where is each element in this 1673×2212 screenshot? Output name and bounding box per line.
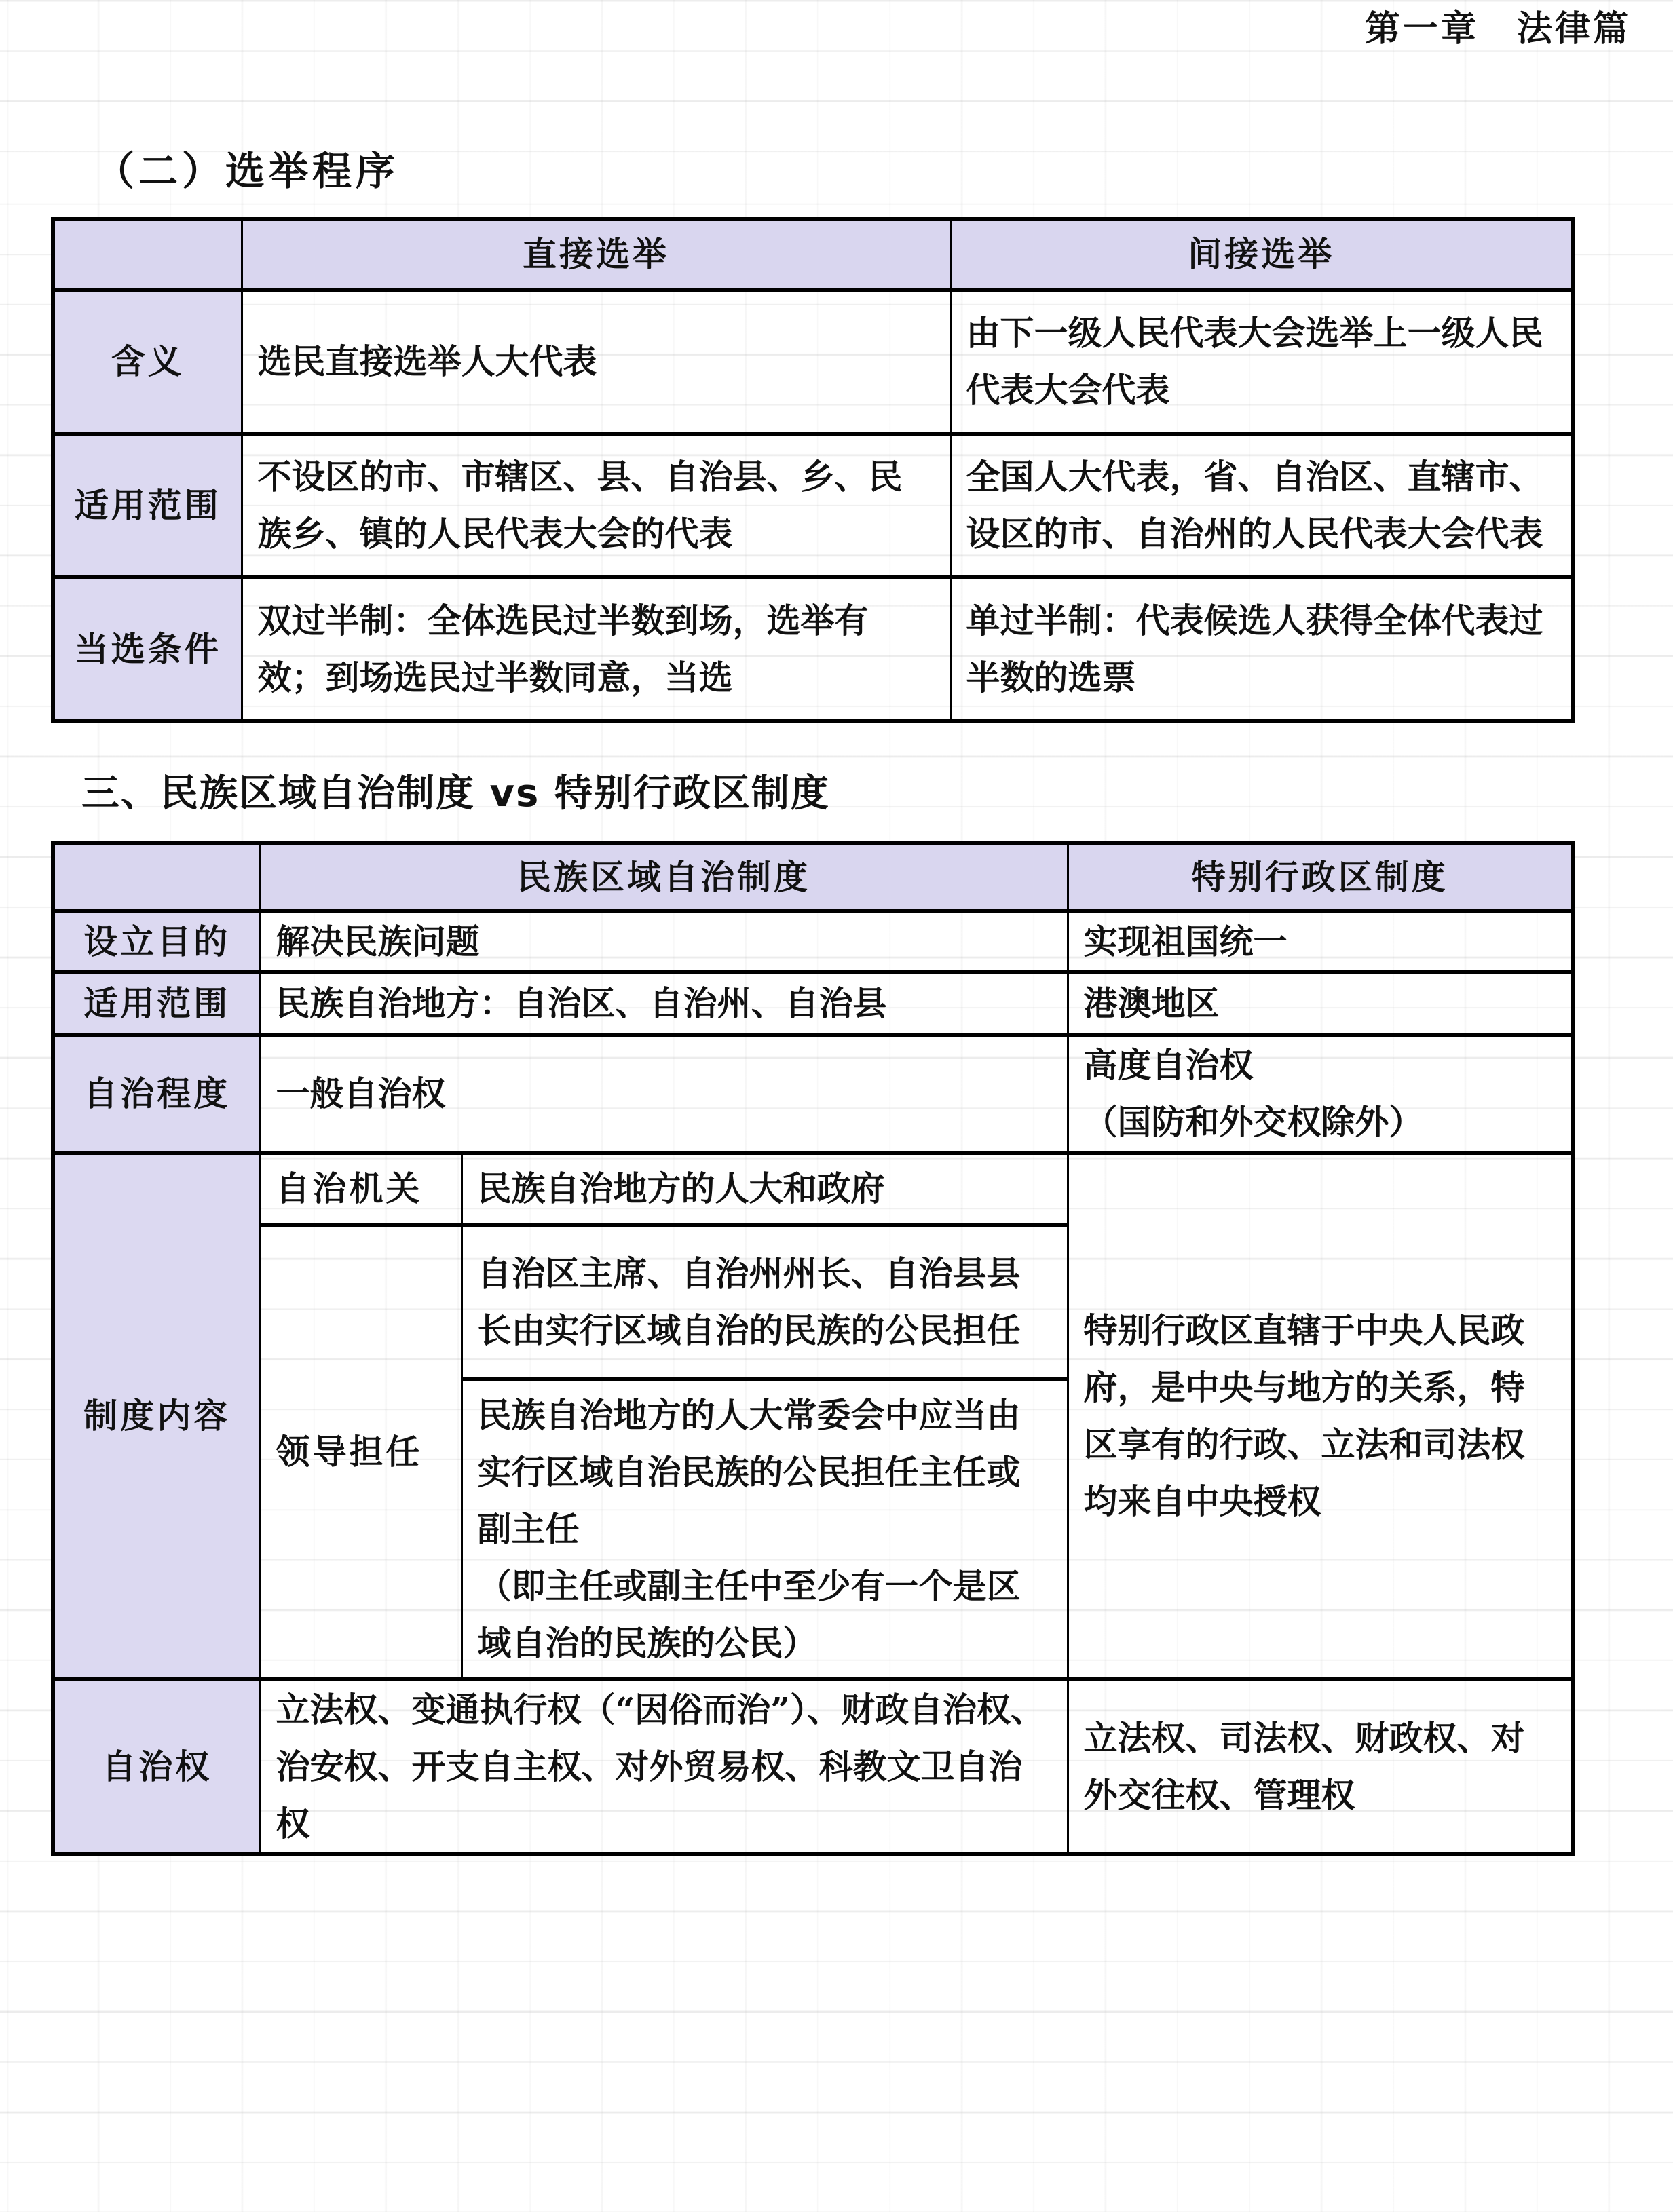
cell-direct: 不设区的市、市辖区、县、自治县、乡、民族乡、镇的人民代表大会的代表 xyxy=(242,434,950,577)
cell-sar: 立法权、司法权、财政权、对外交往权、管理权 xyxy=(1068,1679,1573,1854)
cell-direct: 选民直接选举人大代表 xyxy=(242,290,950,434)
leader-2-text: 民族自治地方的人大常委会中应当由实行区域自治民族的公民担任主任或副主任 xyxy=(478,1387,1052,1558)
cell-organ: 民族自治地方的人大和政府 xyxy=(462,1153,1068,1225)
column-header-sar: 特别行政区制度 xyxy=(1068,843,1573,911)
cell-leader-2: 民族自治地方的人大常委会中应当由实行区域自治民族的公民担任主任或副主任 （即主任… xyxy=(462,1379,1068,1679)
table-row: 当选条件 双过半制：全体选民过半数到场，选举有效；到场选民过半数同意，当选 单过… xyxy=(53,577,1573,721)
cell-sar: 实现祖国统一 xyxy=(1068,911,1573,972)
chapter-header: 第一章 法律篇 xyxy=(1365,0,1631,51)
cell-indirect: 全国人大代表，省、自治区、直辖市、设区的市、自治州的人民代表大会代表 xyxy=(950,434,1573,577)
table-row-powers: 自治权 立法权、变通执行权（“因俗而治”）、财政自治权、治安权、开支自主权、对外… xyxy=(53,1679,1573,1854)
table-row: 适用范围 不设区的市、市辖区、县、自治县、乡、民族乡、镇的人民代表大会的代表 全… xyxy=(53,434,1573,577)
section-title-autonomy-vs-sar: 三、民族区域自治制度 vs 特别行政区制度 xyxy=(81,763,830,818)
cell-ethnic: 解决民族问题 xyxy=(260,911,1068,972)
table-row: 含义 选民直接选举人大代表 由下一级人民代表大会选举上一级人民代表大会代表 xyxy=(53,290,1573,434)
cell-ethnic: 民族自治地方：自治区、自治州、自治县 xyxy=(260,972,1068,1035)
autonomy-vs-sar-table: 民族区域自治制度 特别行政区制度 设立目的 解决民族问题 实现祖国统一 适用范围… xyxy=(51,841,1575,1856)
row-label: 当选条件 xyxy=(53,577,242,721)
row-label: 适用范围 xyxy=(53,434,242,577)
section-title-election-procedure: （二）选举程序 xyxy=(95,139,399,196)
table-row-content-organ: 制度内容 自治机关 民族自治地方的人大和政府 特别行政区直辖于中央人民政府，是中… xyxy=(53,1153,1573,1225)
cell-indirect: 由下一级人民代表大会选举上一级人民代表大会代表 xyxy=(950,290,1573,434)
cell-sar: 高度自治权 （国防和外交权除外） xyxy=(1068,1035,1573,1153)
cell-leader-1: 自治区主席、自治州州长、自治县县长由实行区域自治的民族的公民担任 xyxy=(462,1225,1068,1379)
sar-degree-line1: 高度自治权 xyxy=(1084,1037,1557,1094)
cell-indirect: 单过半制：代表候选人获得全体代表过半数的选票 xyxy=(950,577,1573,721)
row-label: 制度内容 xyxy=(53,1153,260,1679)
election-procedure-table: 直接选举 间接选举 含义 选民直接选举人大代表 由下一级人民代表大会选举上一级人… xyxy=(51,217,1575,723)
table-row-purpose: 设立目的 解决民族问题 实现祖国统一 xyxy=(53,911,1573,972)
corner-cell xyxy=(53,219,242,290)
cell-sar-content: 特别行政区直辖于中央人民政府，是中央与地方的关系，特区享有的行政、立法和司法权均… xyxy=(1068,1153,1573,1679)
table-header-row: 民族区域自治制度 特别行政区制度 xyxy=(53,843,1573,911)
table-row-degree: 自治程度 一般自治权 高度自治权 （国防和外交权除外） xyxy=(53,1035,1573,1153)
cell-sar: 港澳地区 xyxy=(1068,972,1573,1035)
row-label: 含义 xyxy=(53,290,242,434)
cell-direct: 双过半制：全体选民过半数到场，选举有效；到场选民过半数同意，当选 xyxy=(242,577,950,721)
row-label: 自治权 xyxy=(53,1679,260,1854)
row-label: 设立目的 xyxy=(53,911,260,972)
column-header-ethnic-autonomy: 民族区域自治制度 xyxy=(260,843,1068,911)
row-label: 适用范围 xyxy=(53,972,260,1035)
table-row-scope: 适用范围 民族自治地方：自治区、自治州、自治县 港澳地区 xyxy=(53,972,1573,1035)
table-header-row: 直接选举 间接选举 xyxy=(53,219,1573,290)
sub-label-organ: 自治机关 xyxy=(260,1153,462,1225)
row-label: 自治程度 xyxy=(53,1035,260,1153)
column-header-direct: 直接选举 xyxy=(242,219,950,290)
corner-cell xyxy=(53,843,260,911)
cell-ethnic: 立法权、变通执行权（“因俗而治”）、财政自治权、治安权、开支自主权、对外贸易权、… xyxy=(260,1679,1068,1854)
cell-ethnic: 一般自治权 xyxy=(260,1035,1068,1153)
column-header-indirect: 间接选举 xyxy=(950,219,1573,290)
sar-degree-line2: （国防和外交权除外） xyxy=(1084,1094,1557,1151)
leader-2-note: （即主任或副主任中至少有一个是区域自治的民族的公民） xyxy=(478,1558,1052,1672)
sub-label-leader: 领导担任 xyxy=(260,1225,462,1679)
